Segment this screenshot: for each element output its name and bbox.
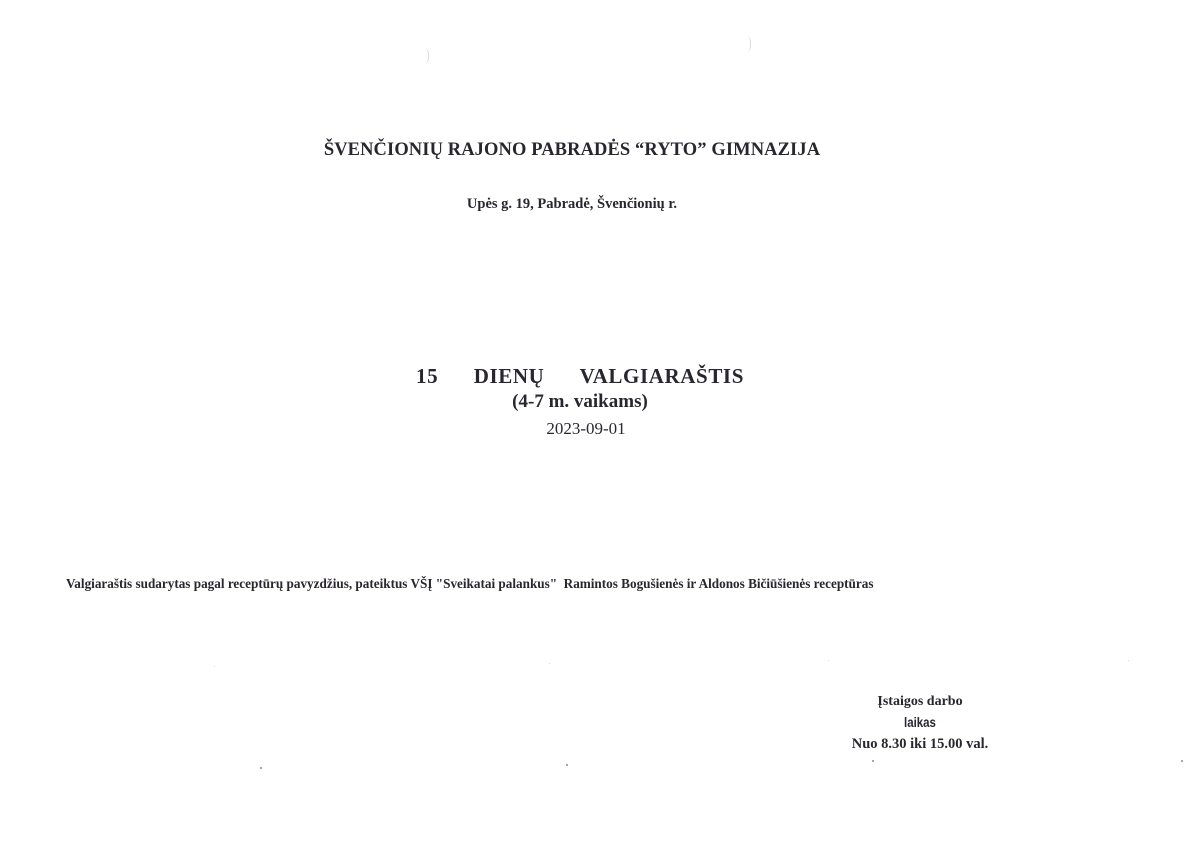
scan-speck bbox=[260, 767, 262, 769]
scan-speck bbox=[214, 666, 215, 667]
scan-mark bbox=[422, 48, 429, 64]
school-address: Upės g. 19, Pabradė, Švenčionių r. bbox=[0, 196, 1144, 213]
scan-speck bbox=[1181, 760, 1183, 762]
working-hours-label: Įstaigos darbo bbox=[820, 694, 1020, 710]
source-note: Valgiaraštis sudarytas pagal receptūrų p… bbox=[66, 576, 873, 592]
scan-speck bbox=[828, 660, 829, 661]
scan-mark bbox=[744, 36, 751, 52]
working-hours-value: Nuo 8.30 iki 15.00 val. bbox=[820, 736, 1020, 753]
working-hours-label-cont: laikas bbox=[835, 715, 1005, 730]
scan-speck bbox=[566, 764, 568, 766]
scan-speck bbox=[1128, 660, 1129, 661]
age-group: (4-7 m. vaikams) bbox=[0, 391, 1160, 413]
scan-speck bbox=[549, 663, 550, 664]
scan-speck bbox=[872, 760, 874, 762]
menu-title: 15 DIENŲ VALGIARAŠTIS bbox=[0, 364, 1160, 389]
school-name: ŠVENČIONIŲ RAJONO PABRADĖS “RYTO” GIMNAZ… bbox=[0, 140, 1144, 161]
menu-date: 2023-09-01 bbox=[0, 419, 1172, 439]
